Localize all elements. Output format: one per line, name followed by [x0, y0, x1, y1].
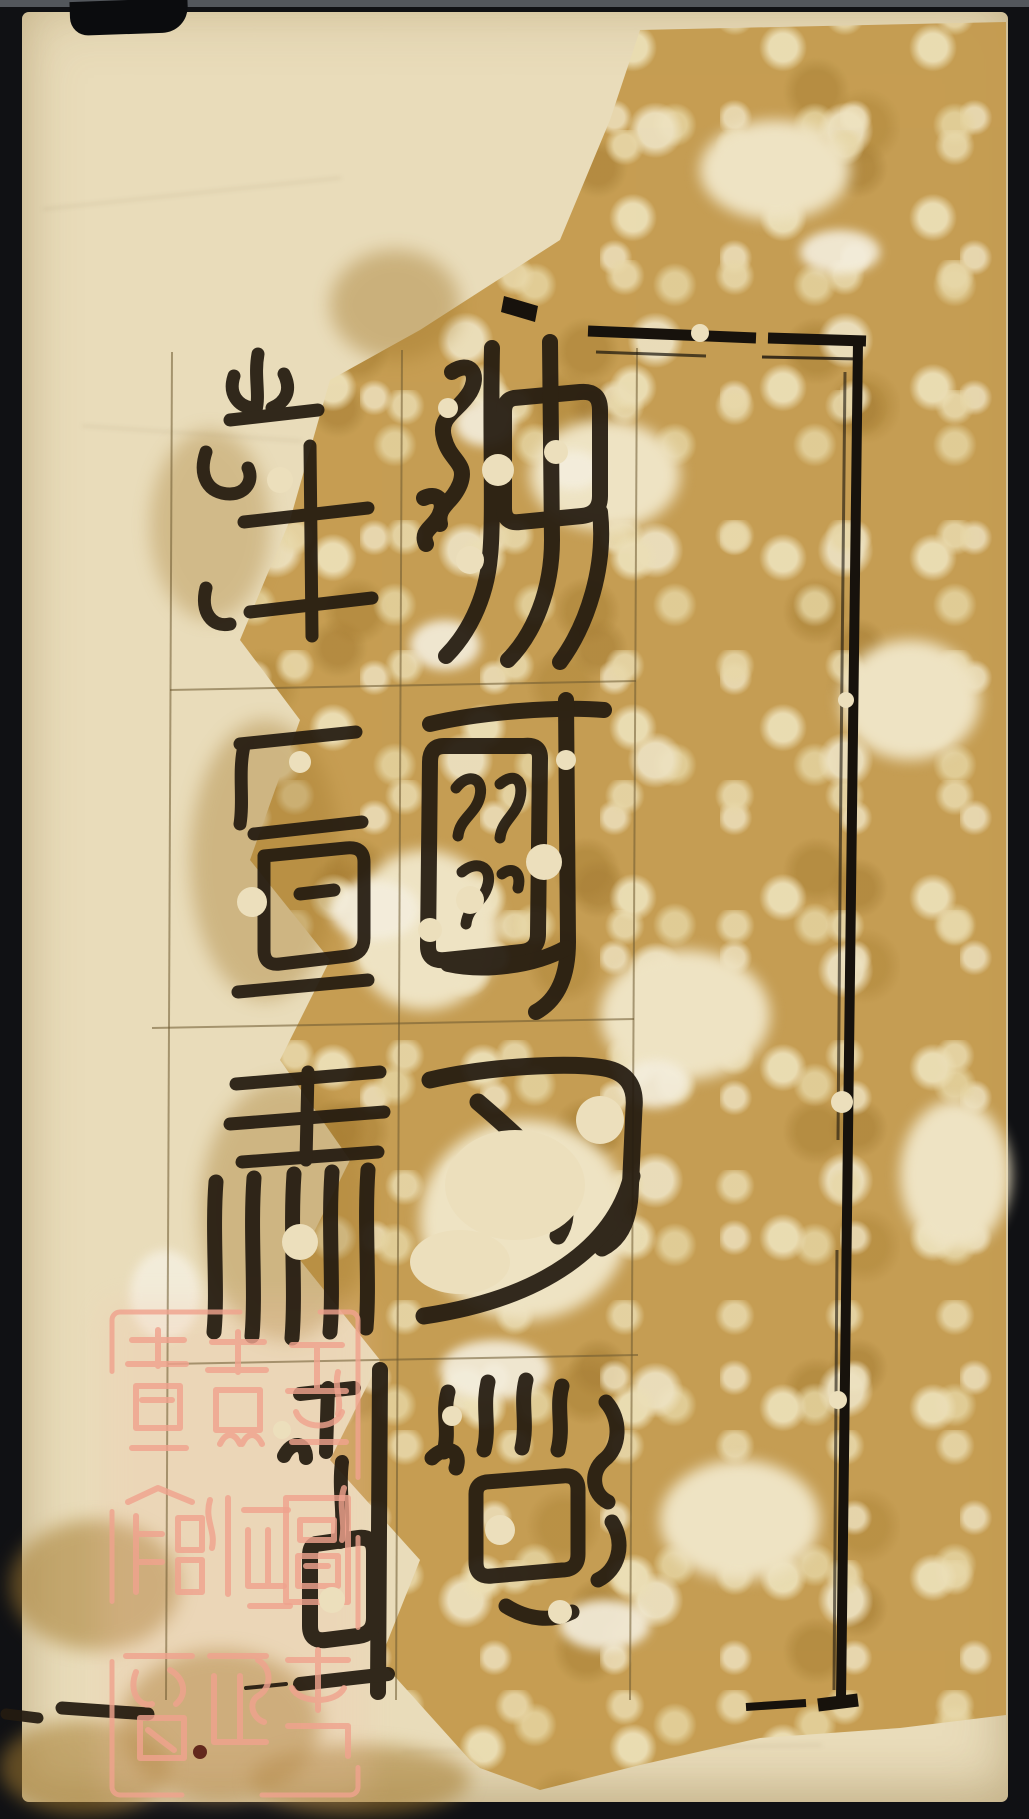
- frame-top-border: [768, 338, 866, 341]
- ink-fragment: [6, 1714, 38, 1718]
- red-ink-spot: [193, 1745, 207, 1759]
- collection-seal: [112, 1312, 358, 1795]
- seal-char: [210, 1656, 269, 1742]
- grid-line-vertical-left: [166, 352, 172, 1700]
- title-char-1: [424, 342, 601, 662]
- ink-fragment: [62, 1708, 148, 1714]
- seal-char: [208, 1498, 290, 1606]
- grid-line-horizontal-2: [152, 1019, 634, 1028]
- frame-top-fragment: [501, 296, 538, 322]
- ink-fragments: [6, 1684, 286, 1759]
- title-column: [424, 342, 634, 1618]
- side-column: [203, 354, 388, 1692]
- frame-top-inner-line: [596, 352, 706, 356]
- frame-right-inner-line: [838, 372, 845, 1140]
- seal-char: [288, 1650, 348, 1756]
- column-grid: [152, 348, 638, 1700]
- side-char-3: [214, 1072, 384, 1338]
- grid-line-vertical-middle: [396, 350, 402, 1700]
- scanned-page: Scanned title page of a Chinese genealog…: [0, 0, 1029, 1819]
- frame-bottom-fragment: [818, 1700, 858, 1705]
- frame-right-inner-line: [834, 1250, 837, 1690]
- frame-top-border: [588, 331, 756, 338]
- grid-line-horizontal-1: [170, 681, 636, 690]
- printed-content-overlay: [0, 0, 1029, 1819]
- seal-char: [128, 1488, 202, 1592]
- title-char-2: [428, 700, 604, 1012]
- side-char-1: [203, 354, 372, 636]
- frame-top-inner-line: [762, 357, 860, 359]
- seal-char: [128, 1330, 186, 1448]
- seal-char: [208, 1332, 266, 1444]
- frame-bottom-fragment: [746, 1703, 806, 1707]
- grid-line-vertical-right: [630, 348, 637, 1700]
